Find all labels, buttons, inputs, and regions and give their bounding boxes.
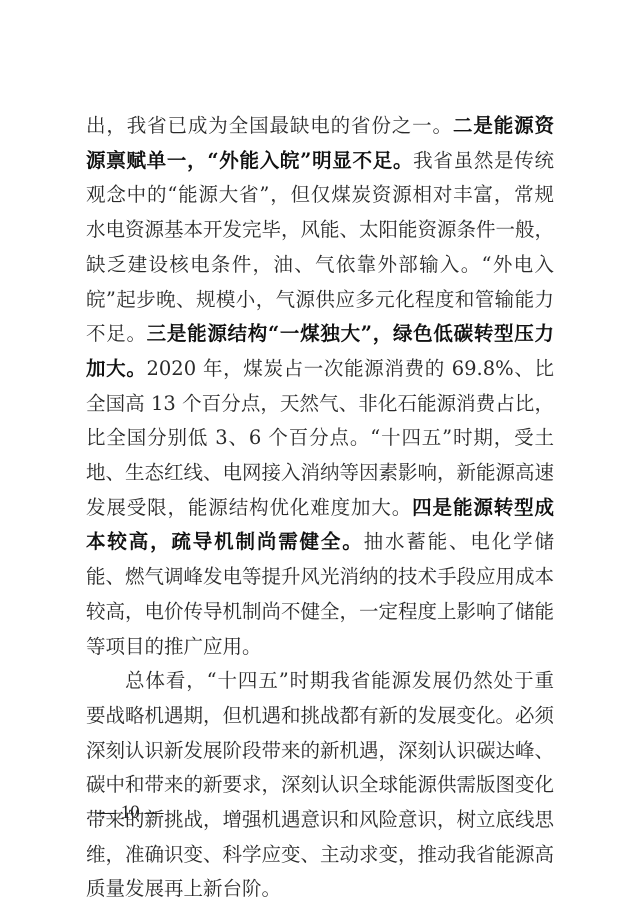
text-run: 我省虽然是传统观念中的“能源大省”，但仅煤炭资源相对丰富，常规水电资源基本开发完… (86, 149, 554, 346)
document-body: 出，我省已成为全国最缺电的省份之一。二是能源资源禀赋单一，“外能入皖”明显不足。… (86, 109, 554, 905)
paragraph-challenges: 出，我省已成为全国最缺电的省份之一。二是能源资源禀赋单一，“外能入皖”明显不足。… (86, 109, 554, 664)
paragraph-summary: 总体看，“十四五”时期我省能源发展仍然处于重要战略机遇期，但机遇和挑战都有新的发… (86, 664, 554, 905)
page-number: — 10 — (97, 802, 164, 824)
text-run: 2020 年，煤炭占一次能源消费的 69.8%、比全国高 13 个百分点，天然气… (86, 357, 554, 519)
text-run: 总体看，“十四五”时期我省能源发展仍然处于重要战略机遇期，但机遇和挑战都有新的发… (86, 669, 554, 900)
text-run: 出，我省已成为全国最缺电的省份之一。 (86, 114, 453, 137)
